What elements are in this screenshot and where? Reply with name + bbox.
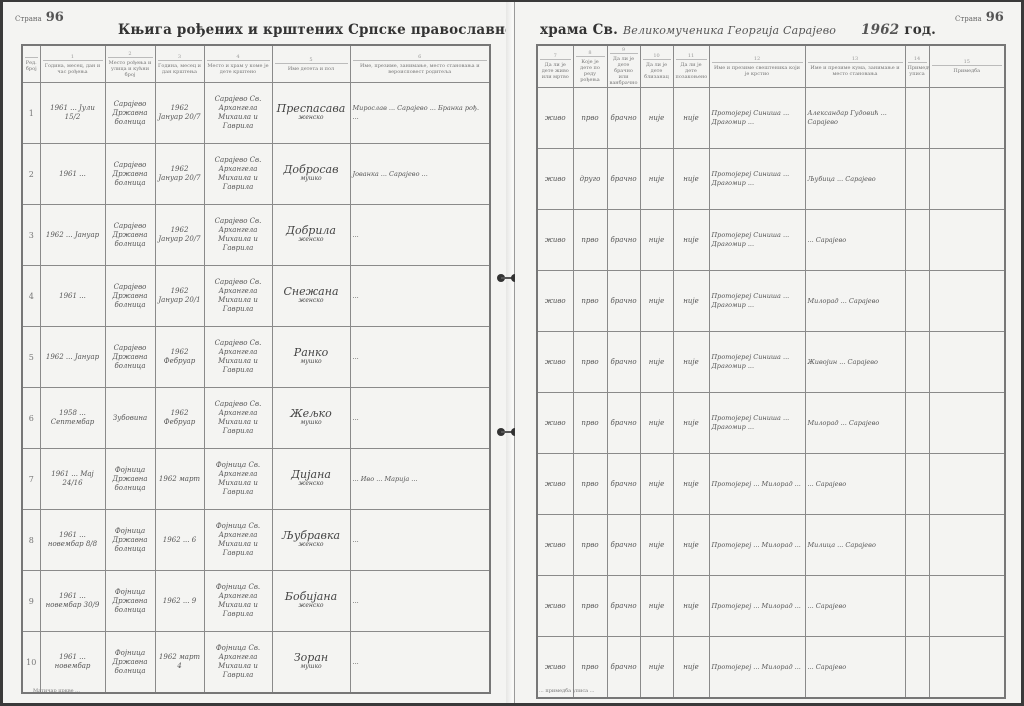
parents: ... — [350, 510, 490, 571]
priest: Протојереј Синиша ... Драгомир ... — [709, 210, 805, 271]
column-number: 3 — [158, 54, 202, 61]
legitimized: није — [673, 149, 709, 210]
remark — [929, 271, 1005, 332]
church: Сарајево Св. Архангела Михаила и Гаврила — [204, 388, 272, 449]
child-name-text: Снежана — [275, 287, 348, 296]
order: прво — [573, 88, 607, 149]
right-register-table: 7Да ли је дете живо или мртво8Које је де… — [536, 44, 1006, 699]
church: Фојница Св. Архангела Михаила и Гаврила — [204, 510, 272, 571]
birth-date: 1961 ... новембар 8/8 — [40, 510, 105, 571]
baptism-date: 1962 март — [155, 449, 204, 510]
legitimized: није — [673, 332, 709, 393]
godparent: Милица ... Сарајево — [805, 515, 905, 576]
priest: Протојереј Синиша ... Драгомир ... — [709, 88, 805, 149]
legit: брачно — [607, 393, 640, 454]
child-name: Преспасаваженско — [272, 83, 350, 144]
birth-date: 1961 ... — [40, 144, 105, 205]
birth-place: Сарајево Државна болница — [105, 266, 155, 327]
column-header: Ред. број — [22, 45, 40, 83]
child-name-text: Дијана — [275, 470, 348, 479]
column-label: Име и презиме кума, занимање и место ста… — [810, 65, 899, 77]
baptism-date: 1962 Јануар 20/1 — [155, 266, 204, 327]
godparent: ... Сарајево — [805, 454, 905, 515]
column-label: Име и презиме свештеника који је крстио — [714, 65, 800, 77]
birth-place: Фојница Државна болница — [105, 632, 155, 694]
column-header: 13Име и презиме кума, занимање и место с… — [805, 45, 905, 88]
page-number: 96 — [46, 10, 64, 25]
column-label: Место рођења и улица и кућни број — [109, 60, 152, 78]
left-page: Страна96 Књига рођених и крштених Српске… — [3, 2, 509, 703]
church: Фојница Св. Архангела Михаила и Гаврила — [204, 449, 272, 510]
church: Сарајево Св. Архангела Михаила и Гаврила — [204, 327, 272, 388]
register-row: 41961 ... Сарајево Државна болница1962 Ј… — [22, 266, 490, 327]
column-number: 9 — [610, 47, 638, 54]
column-number: 6 — [353, 54, 488, 61]
entry-number: 2 — [22, 144, 40, 205]
parents: ... — [350, 632, 490, 694]
legit: брачно — [607, 515, 640, 576]
remark — [929, 88, 1005, 149]
register-row: живопрвобрачнонијенијеПротојереј Синиша … — [537, 271, 1005, 332]
parents: Мирослав ... Сарајево ... Бранка рођ. ..… — [350, 83, 490, 144]
legit: брачно — [607, 454, 640, 515]
alive: живо — [537, 210, 573, 271]
baptism-date: 1962 ... 6 — [155, 510, 204, 571]
column-label: Име детета и пол — [288, 66, 334, 72]
twin: није — [640, 149, 673, 210]
parents: ... — [350, 205, 490, 266]
priest: Протојереј ... Милорад ... — [709, 454, 805, 515]
baptism-date: 1962 Фебруар — [155, 327, 204, 388]
column-number: 1 — [43, 54, 103, 61]
register-row: 31962 ... ЈануарСарајево Државна болница… — [22, 205, 490, 266]
column-label: Година, месец, дан и час рођења — [45, 63, 101, 75]
parents: ... — [350, 571, 490, 632]
birth-place: Сарајево Државна болница — [105, 83, 155, 144]
entry-note — [905, 149, 929, 210]
church: Сарајево Св. Архангела Михаила и Гаврила — [204, 83, 272, 144]
order: прво — [573, 332, 607, 393]
child-name: Добросавмушко — [272, 144, 350, 205]
column-header: 9Да ли је дете брачно или ванбрачно — [607, 45, 640, 88]
baptism-date: 1962 Јануар 20/7 — [155, 144, 204, 205]
register-row: живопрвобрачнонијенијеПротојереј ... Мил… — [537, 454, 1005, 515]
birth-place: Фојница Државна болница — [105, 449, 155, 510]
register-title: Књига рођених и крштених Српске правосла… — [118, 22, 572, 38]
legit: брачно — [607, 637, 640, 699]
church: Фојница Св. Архангела Михаила и Гаврила — [204, 632, 272, 694]
column-header: 5Име детета и пол — [272, 45, 350, 83]
register-row: 61958 ... СептембарЗубовина1962 ФебруарС… — [22, 388, 490, 449]
child-name: Зоранмушко — [272, 632, 350, 694]
column-label: Да ли је дете брачно или ванбрачно — [610, 56, 638, 86]
alive: живо — [537, 393, 573, 454]
godparent: ... Сарајево — [805, 576, 905, 637]
page-label: Страна — [955, 15, 982, 23]
legit: брачно — [607, 210, 640, 271]
birth-date: 1962 ... Јануар — [40, 205, 105, 266]
remark — [929, 210, 1005, 271]
entry-number: 10 — [22, 632, 40, 694]
column-header: 15Примедба — [929, 45, 1005, 88]
register-year: 1962 — [861, 22, 899, 38]
order: прво — [573, 210, 607, 271]
column-header: 10Да ли је дете близанац — [640, 45, 673, 88]
entry-number: 9 — [22, 571, 40, 632]
column-header: 7Да ли је дете живо или мртво — [537, 45, 573, 88]
register-row: 11961 ... Јули 15/2Сарајево Државна болн… — [22, 83, 490, 144]
entry-note — [905, 454, 929, 515]
legit: брачно — [607, 149, 640, 210]
right-page: Страна96 храма Св. Великомученика Георги… — [515, 2, 1021, 703]
legit: брачно — [607, 332, 640, 393]
column-header: 8Које је дете по реду рођења — [573, 45, 607, 88]
register-row: 101961 ... новембарФојница Државна болни… — [22, 632, 490, 694]
right-footer: ... примедба уписа ... — [539, 688, 594, 694]
godparent: Александар Гудовић ... Сарајево — [805, 88, 905, 149]
column-number — [25, 57, 38, 58]
column-number: 5 — [275, 57, 348, 64]
birth-place: Фојница Државна болница — [105, 571, 155, 632]
child-name-text: Преспасава — [275, 104, 348, 113]
baptism-date: 1962 март 4 — [155, 632, 204, 694]
alive: живо — [537, 515, 573, 576]
priest: Протојереј Синиша ... Драгомир ... — [709, 393, 805, 454]
column-header: 6Име, презиме, занимање, место становања… — [350, 45, 490, 83]
register-row: 71961 ... Мај 24/16Фојница Државна болни… — [22, 449, 490, 510]
birth-date: 1961 ... Јули 15/2 — [40, 83, 105, 144]
child-name: Жељкомушко — [272, 388, 350, 449]
baptism-date: 1962 Фебруар — [155, 388, 204, 449]
alive: живо — [537, 271, 573, 332]
priest: Протојереј ... Милорад ... — [709, 576, 805, 637]
legitimized: није — [673, 576, 709, 637]
register-row: 81961 ... новембар 8/8Фојница Државна бо… — [22, 510, 490, 571]
register-row: живопрвобрачнонијенијеПротојереј Синиша … — [537, 88, 1005, 149]
column-label: Да ли је дете живо или мртво — [542, 62, 569, 80]
entry-number: 6 — [22, 388, 40, 449]
column-label: Место и храм у коме је дете крштено — [207, 63, 268, 75]
title-prefix: храма Св. — [540, 22, 618, 38]
birth-date: 1961 ... Мај 24/16 — [40, 449, 105, 510]
parents: ... — [350, 266, 490, 327]
legitimized: није — [673, 271, 709, 332]
order: друго — [573, 149, 607, 210]
page-number: 96 — [986, 10, 1004, 25]
column-number: 14 — [908, 56, 927, 63]
godparent: Живојин ... Сарајево — [805, 332, 905, 393]
column-header: 3Година, месец и дан крштења — [155, 45, 204, 83]
legitimized: није — [673, 515, 709, 576]
child-sex: мушко — [275, 357, 348, 366]
column-number: 15 — [932, 59, 1003, 66]
entry-number: 4 — [22, 266, 40, 327]
twin: није — [640, 88, 673, 149]
entry-note — [905, 515, 929, 576]
child-name-text: Жељко — [275, 409, 348, 418]
order: прво — [573, 576, 607, 637]
church: Фојница Св. Архангела Михаила и Гаврила — [204, 571, 272, 632]
baptism-date: 1962 Јануар 20/7 — [155, 83, 204, 144]
remark — [929, 515, 1005, 576]
godparent: ... Сарајево — [805, 637, 905, 699]
remark — [929, 149, 1005, 210]
twin: није — [640, 637, 673, 699]
legit: брачно — [607, 271, 640, 332]
column-label: Да ли је дете близанац — [644, 62, 669, 80]
parents: ... Иво ... Марија ... — [350, 449, 490, 510]
legitimized: није — [673, 88, 709, 149]
register-row: живопрвобрачнонијенијеПротојереј Синиша … — [537, 393, 1005, 454]
alive: живо — [537, 454, 573, 515]
child-sex: мушко — [275, 418, 348, 427]
birth-place: Сарајево Државна болница — [105, 144, 155, 205]
register-row: живодругобрачнонијенијеПротојереј Синиша… — [537, 149, 1005, 210]
child-sex: мушко — [275, 662, 348, 671]
child-name-text: Бобијана — [275, 592, 348, 601]
priest: Протојереј Синиша ... Драгомир ... — [709, 149, 805, 210]
child-name-text: Добрила — [275, 226, 348, 235]
child-name-text: Добросав — [275, 165, 348, 174]
twin: није — [640, 332, 673, 393]
register-row: 91961 ... новембар 30/9Фојница Државна б… — [22, 571, 490, 632]
child-name: Добрилаженско — [272, 205, 350, 266]
entry-note — [905, 88, 929, 149]
twin: није — [640, 271, 673, 332]
twin: није — [640, 515, 673, 576]
church: Сарајево Св. Архангела Михаила и Гаврила — [204, 266, 272, 327]
entry-note — [905, 210, 929, 271]
entry-number: 5 — [22, 327, 40, 388]
child-name: Снежанаженско — [272, 266, 350, 327]
remark — [929, 637, 1005, 699]
birth-date: 1962 ... Јануар — [40, 327, 105, 388]
column-header: 14Примедба уписа — [905, 45, 929, 88]
column-number: 12 — [712, 56, 803, 63]
priest: Протојереј ... Милорад ... — [709, 637, 805, 699]
alive: живо — [537, 576, 573, 637]
order: прво — [573, 271, 607, 332]
remark — [929, 332, 1005, 393]
legitimized: није — [673, 454, 709, 515]
entry-number: 3 — [22, 205, 40, 266]
birth-place: Зубовина — [105, 388, 155, 449]
church: Сарајево Св. Архангела Михаила и Гаврила — [204, 144, 272, 205]
column-label: Примедба уписа — [908, 65, 930, 77]
column-label: Ред. број — [26, 60, 37, 72]
left-register-table: Ред. број1Година, месец, дан и час рођењ… — [21, 44, 491, 694]
legitimized: није — [673, 393, 709, 454]
column-number: 7 — [540, 53, 571, 60]
child-name-text: Ранко — [275, 348, 348, 357]
column-label: Примедба — [953, 68, 980, 74]
register-row: живопрвобрачнонијенијеПротојереј Синиша … — [537, 332, 1005, 393]
register-row: живопрвобрачнонијенијеПротојереј ... Мил… — [537, 515, 1005, 576]
entry-note — [905, 637, 929, 699]
child-name: Дијанаженско — [272, 449, 350, 510]
legitimized: није — [673, 210, 709, 271]
entry-note — [905, 271, 929, 332]
child-name: Ранкомушко — [272, 327, 350, 388]
entry-number: 8 — [22, 510, 40, 571]
left-page-number: Страна96 — [15, 6, 64, 25]
order: прво — [573, 393, 607, 454]
column-header: 2Место рођења и улица и кућни број — [105, 45, 155, 83]
birth-date: 1958 ... Септембар — [40, 388, 105, 449]
twin: није — [640, 576, 673, 637]
entry-note — [905, 393, 929, 454]
register-row: живопрвобрачнонијенијеПротојереј ... Мил… — [537, 576, 1005, 637]
remark — [929, 454, 1005, 515]
column-header: 12Име и презиме свештеника који је крсти… — [709, 45, 805, 88]
column-label: Година, месец и дан крштења — [158, 63, 201, 75]
column-number: 10 — [643, 53, 671, 60]
alive: живо — [537, 332, 573, 393]
legit: брачно — [607, 88, 640, 149]
church: Сарајево Св. Архангела Михаила и Гаврила — [204, 205, 272, 266]
order: прво — [573, 454, 607, 515]
child-sex: женско — [275, 479, 348, 488]
register-title-continued: храма Св. Великомученика Георгија Сараје… — [540, 22, 936, 38]
twin: није — [640, 210, 673, 271]
register-row: живопрвобрачнонијенијеПротојереј Синиша … — [537, 210, 1005, 271]
entry-number: 1 — [22, 83, 40, 144]
column-number: 13 — [808, 56, 903, 63]
child-name: Бобијанаженско — [272, 571, 350, 632]
right-page-number: Страна96 — [955, 6, 1004, 25]
birth-date: 1961 ... новембар 30/9 — [40, 571, 105, 632]
godparent: Милорад ... Сарајево — [805, 271, 905, 332]
column-header: 11Да ли је дете позакоњено — [673, 45, 709, 88]
register-row: живопрвобрачнонијенијеПротојереј ... Мил… — [537, 637, 1005, 699]
birth-place: Фојница Државна болница — [105, 510, 155, 571]
priest: Протојереј ... Милорад ... — [709, 515, 805, 576]
column-number: 2 — [108, 51, 153, 58]
register-row: 51962 ... ЈануарСарајево Државна болница… — [22, 327, 490, 388]
birth-date: 1961 ... — [40, 266, 105, 327]
entry-note — [905, 332, 929, 393]
birth-place: Сарајево Државна болница — [105, 327, 155, 388]
legit: брачно — [607, 576, 640, 637]
entry-note — [905, 576, 929, 637]
column-number: 8 — [576, 50, 605, 57]
child-name-text: Зоран — [275, 653, 348, 662]
birth-place: Сарајево Државна болница — [105, 205, 155, 266]
column-number: 11 — [676, 53, 707, 60]
scan-frame: Страна96 Књига рођених и крштених Српске… — [3, 2, 1021, 703]
order: прво — [573, 515, 607, 576]
alive: живо — [537, 88, 573, 149]
column-header: 4Место и храм у коме је дете крштено — [204, 45, 272, 83]
baptism-date: 1962 ... 9 — [155, 571, 204, 632]
column-header: 1Година, месец, дан и час рођења — [40, 45, 105, 83]
parents: ... — [350, 388, 490, 449]
year-suffix: год. — [904, 22, 936, 38]
column-number: 4 — [207, 54, 270, 61]
legitimized: није — [673, 637, 709, 699]
register-row: 21961 ... Сарајево Државна болница1962 Ј… — [22, 144, 490, 205]
column-label: Да ли је дете позакоњено — [676, 62, 708, 80]
remark — [929, 576, 1005, 637]
page-label: Страна — [15, 15, 42, 23]
birth-date: 1961 ... новембар — [40, 632, 105, 694]
godparent: Милорад ... Сарајево — [805, 393, 905, 454]
column-label: Које је дете по реду рођења — [580, 59, 600, 83]
temple-name: Великомученика Георгија Сарајево — [623, 24, 836, 37]
alive: живо — [537, 149, 573, 210]
priest: Протојереј Синиша ... Драгомир ... — [709, 332, 805, 393]
left-footer: Матичар цркве ... — [33, 688, 80, 694]
twin: није — [640, 454, 673, 515]
child-name: Љубравкаженско — [272, 510, 350, 571]
baptism-date: 1962 Јануар 20/7 — [155, 205, 204, 266]
godparent: ... Сарајево — [805, 210, 905, 271]
godparent: Љубица ... Сарајево — [805, 149, 905, 210]
parents: ... — [350, 327, 490, 388]
entry-number: 7 — [22, 449, 40, 510]
remark — [929, 393, 1005, 454]
parents: Јованка ... Сарајево ... — [350, 144, 490, 205]
column-label: Име, презиме, занимање, место становања … — [360, 63, 480, 75]
child-name-text: Љубравка — [275, 531, 348, 540]
twin: није — [640, 393, 673, 454]
priest: Протојереј Синиша ... Драгомир ... — [709, 271, 805, 332]
